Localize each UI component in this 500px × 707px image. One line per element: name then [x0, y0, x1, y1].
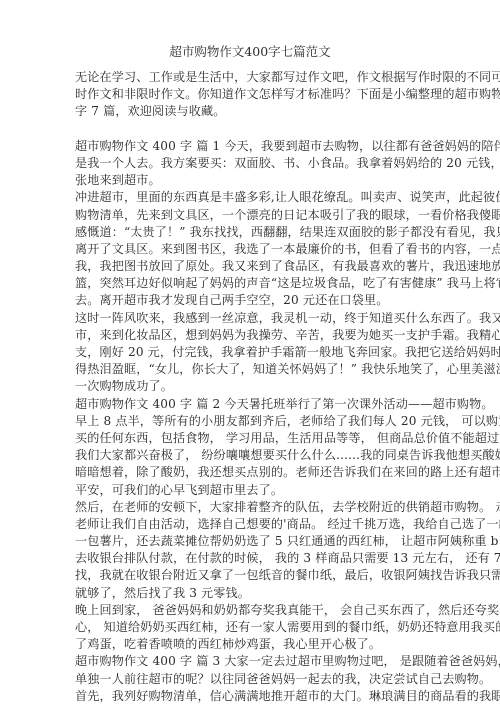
document-title: 超市购物作文400字七篇范文	[0, 43, 500, 60]
intro-line: 无论在学习、工作或是生活中，大家都写过作文吧，作文根据写作时限的不同可以分为限	[75, 69, 427, 86]
text-line: 买的任何东西，包括食物， 学习用品，生活用品等等， 但商品总价值不能超过 20 …	[75, 430, 427, 447]
text-line: 支，刚好 20 元，付完钱，我拿着护手霜箭一般地飞奔回家。我把它送给妈妈时，妈妈…	[75, 344, 427, 361]
text-line: 然后，在老师的安顿下，大家排着整齐的队伍，去学校附近的供销超市购物。 走进超市，	[75, 499, 427, 516]
essay-1-heading-line: 超市购物作文 400 字 篇 1 今天，我要到超市去购物，以往都有爸爸妈妈的陪伴…	[75, 138, 427, 155]
document-body: 无论在学习、工作或是生活中，大家都写过作文吧，作文根据写作时限的不同可以分为限 …	[75, 69, 427, 705]
paragraph-spacer	[75, 121, 427, 138]
text-line: 找，我就在收银台附近又拿了一包纸音的餐巾纸，最后，收银阿姨找告诉我只需要 17 …	[75, 567, 427, 584]
intro-line: 时作文和非限时作文。你知道作文怎样写才标准吗？下面是小编整理的超市购物作文 40…	[75, 86, 427, 103]
text-line: 去。离开超市我才发现自己两手空空，20 元还在口袋里。	[75, 292, 427, 309]
text-line: 一包薯片，还去蔬菜摊位帮奶奶选了 5 只红通通的西红柿， 让超市阿姨称重 b 打…	[75, 533, 427, 550]
text-line: 就够了，然后找了我 3 元零钱。	[75, 585, 427, 602]
text-line: 篮，突然耳边好似响起了妈妈的声音“这是垃圾食品，吃了有害健康” 我马上将它放了回	[75, 275, 427, 292]
text-line: 一次购物成功了。	[75, 378, 427, 395]
text-line: 冲进超市，里面的东西真是丰盛多彩,让人眼花缭乱。叫卖声、说笑声，此起彼伏。我拿出	[75, 189, 427, 206]
text-line: 感慨道：“太贵了！” 我东找找，西翻翻，结果连双面胶的影子都没有看见，我只有失望…	[75, 224, 427, 241]
text-line: 这时一阵风吹来，我感到一丝凉意，我灵机一动，终于知道买什么东西了。我又跑进超	[75, 310, 427, 327]
text-line: 张地来到超市。	[75, 172, 427, 189]
text-line: 了鸡蛋，吃着香喷喷的西红柿炒鸡蛋，我心里开心极了。	[75, 636, 427, 653]
text-line: 得热泪盈眶，“女儿，你长大了，知道关怀妈妈了！” 我快乐地笑了，心里美滋滋的，我…	[75, 361, 427, 378]
text-line: 我们大家都兴奋极了， 纷纷嚷嚷想要买什么什么......我的同桌告诉我他想买酸奶…	[75, 447, 427, 464]
text-line: 暗暗想着，除了酸奶，我还想买点别的。老师还告诉我们在来回的路上还有超市里要注意	[75, 464, 427, 481]
text-line: 首先，我列好购物清单，信心满满地推开超市的大门。琳琅满目的商品看的我眼花缭乱，	[75, 688, 427, 705]
text-line: 是我一个人去。我方案要买：双面胶、书、小食品。我拿着妈妈给的 20 元钱，既兴奋…	[75, 155, 427, 172]
essay-3-heading-line: 超市购物作文 400 字 篇 3 大家一定去过超市里购物过吧， 是跟随着爸爸妈妈…	[75, 653, 427, 670]
text-line: 平安，可我们的心早飞到超市里去了。	[75, 482, 427, 499]
text-line: 去收银台排队付款，在付款的时候， 我的 3 样商品只需要 13 元左右， 还有 …	[75, 550, 427, 567]
text-line: 单独一人前往超市的呢？以往同爸爸妈妈一起去的我，决定尝试自己去购物。	[75, 671, 427, 688]
text-line: 市，来到化妆品区，想到妈妈为我操劳、辛苦，我要为她买一支护手霜。我精心挑选了一	[75, 327, 427, 344]
text-line: 早上 8 点半，等所有的小朋友都到齐后，老师给了我们每人 20 元钱， 可以购置…	[75, 413, 427, 430]
text-line: 我，我把图书放回了原处。我又来到了食品区，有我最喜欢的薯片，我迅速地放进购物	[75, 258, 427, 275]
intro-line: 字 7 篇，欢迎阅读与收藏。	[75, 103, 427, 120]
text-line: 购物清单，先来到文具区，一个漂亮的日记本吸引了我的眼球，一看价格我傻眼了，不禁	[75, 207, 427, 224]
text-line: 晚上回到家， 爸爸妈妈和奶奶都夸奖我真能干， 会自己买东西了，然后还夸奖我有爱	[75, 602, 427, 619]
text-line: 心， 知道给奶奶买西红柿，还有一家人需要用到的餐巾纸，奶奶还特意用我买的西红柿炒	[75, 619, 427, 636]
text-line: 离开了文具区。来到图书区，我选了一本最廉价的书，但看了看书的内容，一点也不吸引	[75, 241, 427, 258]
text-line: 老师让我们自由活动，选择自己想要的'商品。 经过千挑万选，我给自己选了一罐酸奶，	[75, 516, 427, 533]
essay-2-heading-line: 超市购物作文 400 字 篇 2 今天暑托班举行了第一次课外活动——超市购物。	[75, 396, 427, 413]
document-page: 超市购物作文400字七篇范文 无论在学习、工作或是生活中，大家都写过作文吧，作文…	[0, 0, 500, 707]
